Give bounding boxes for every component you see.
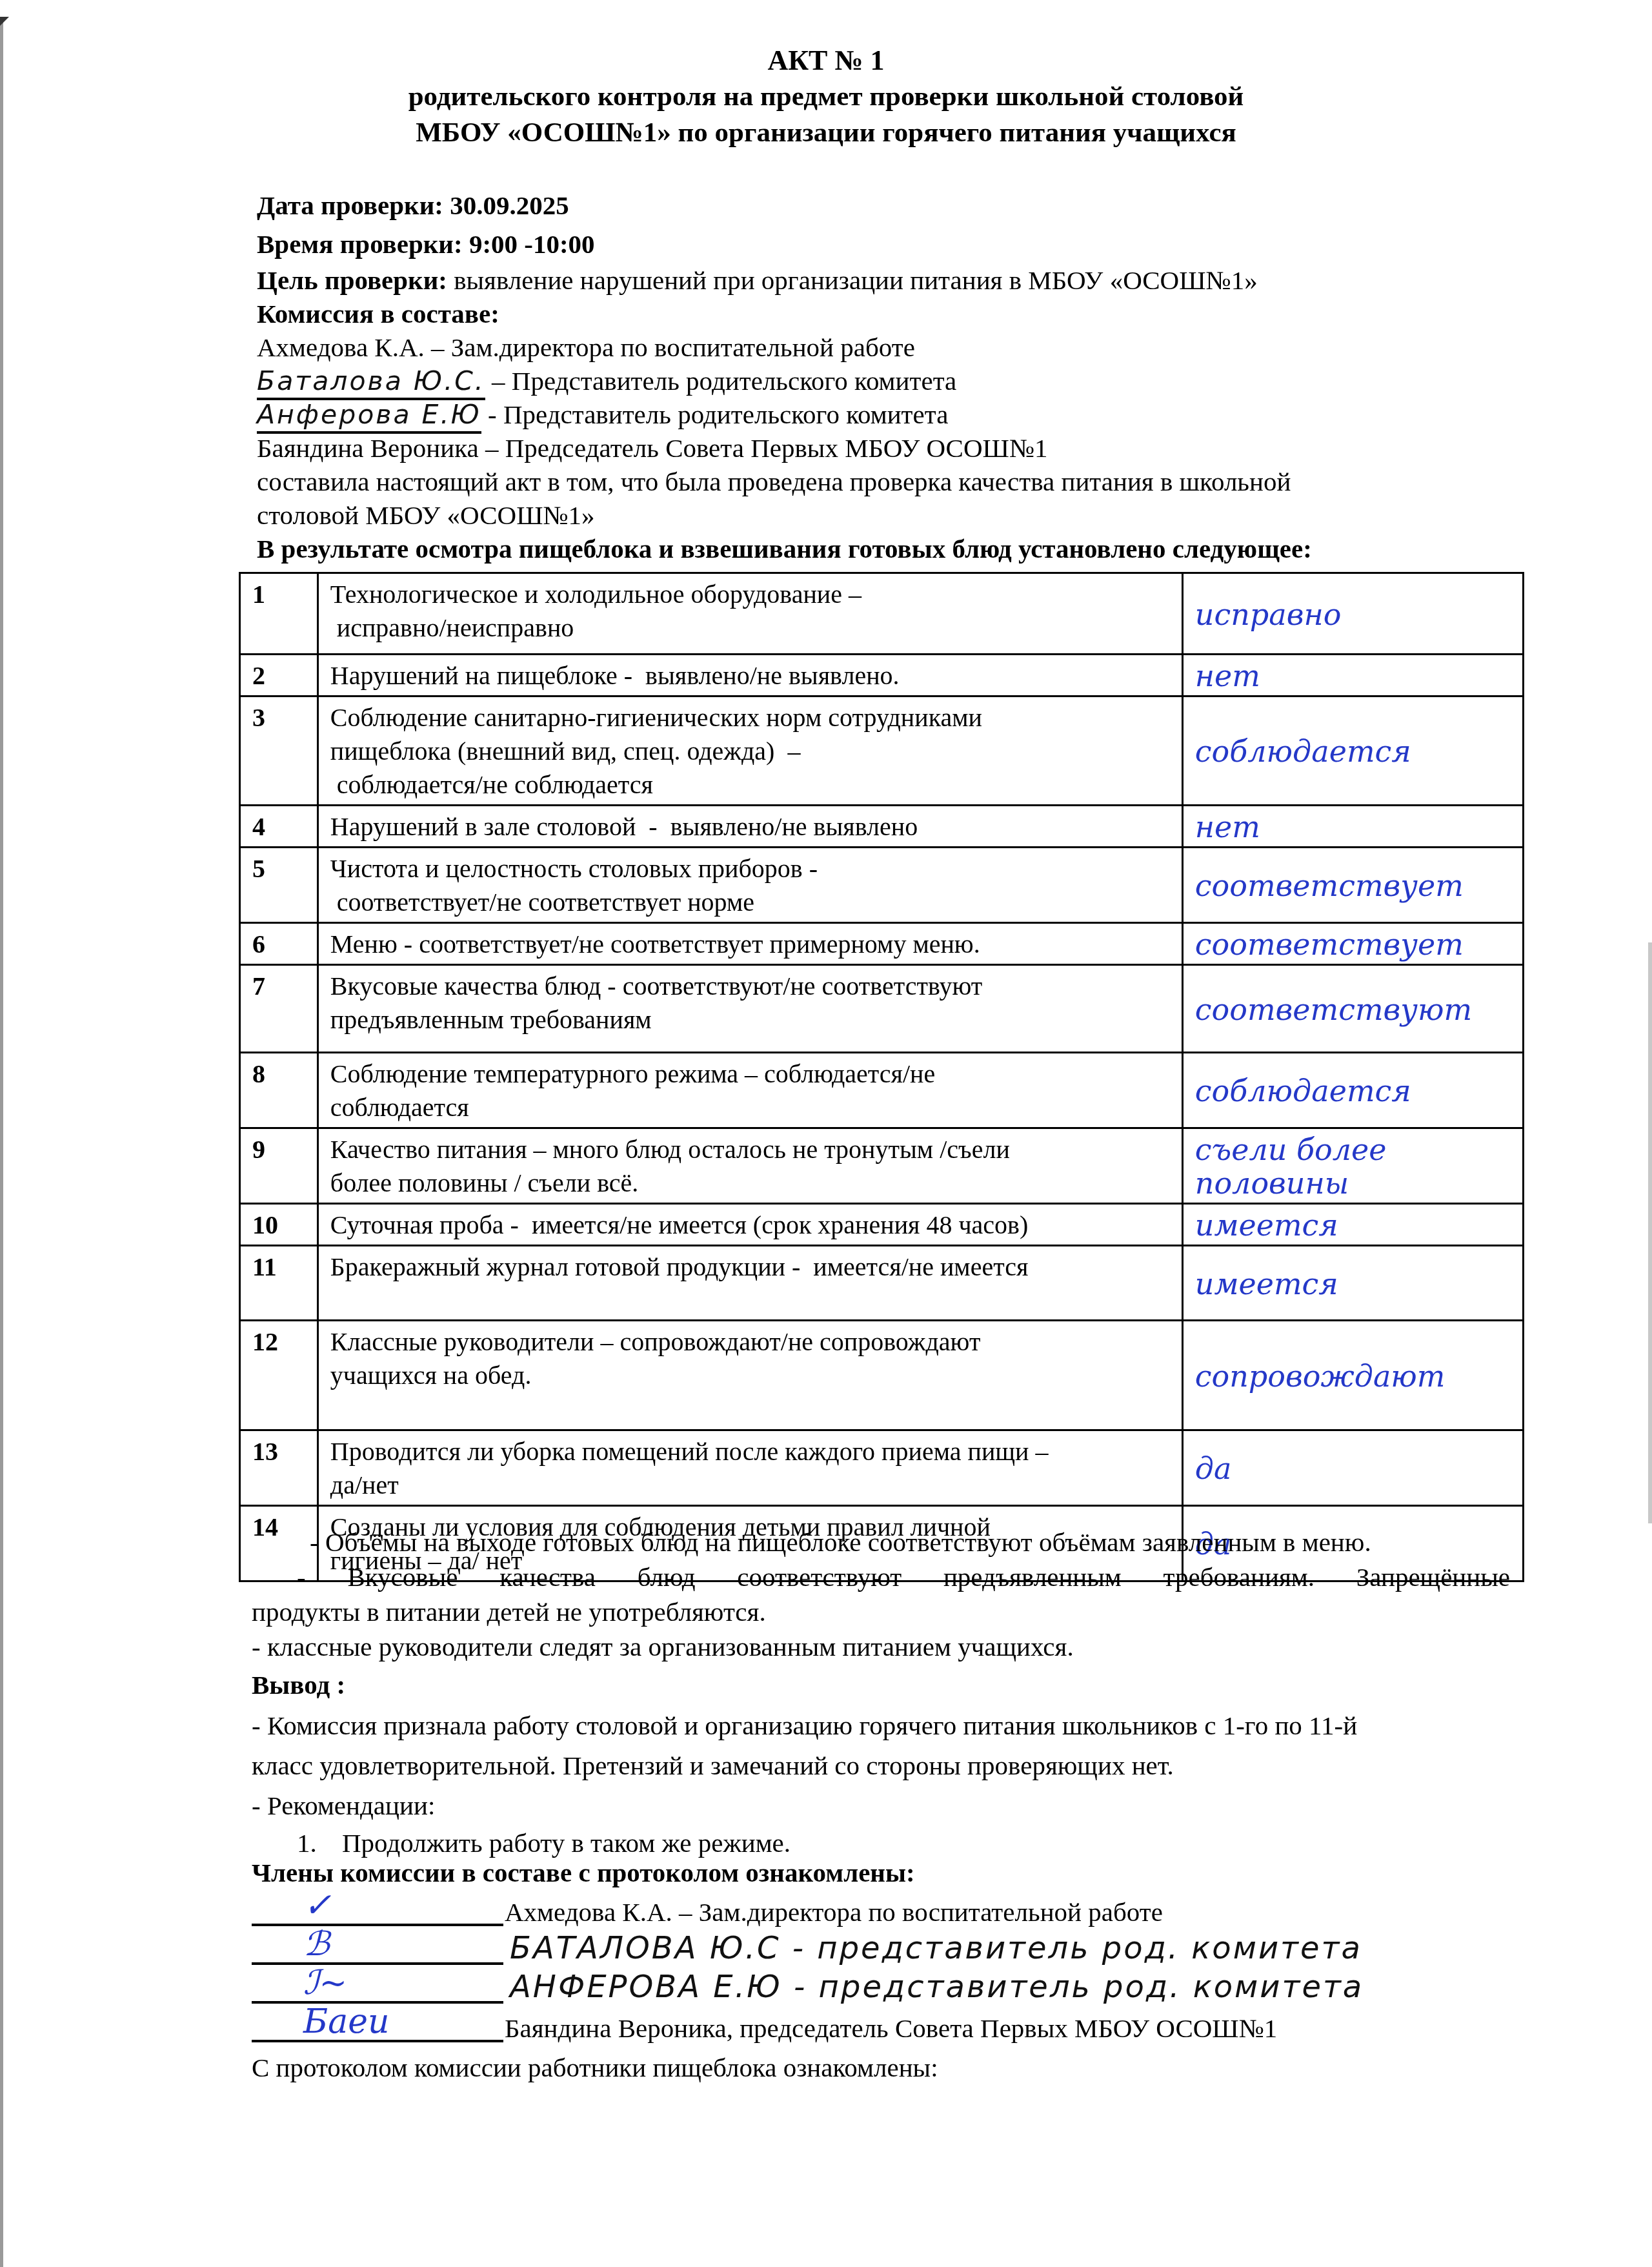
- commission-member: Анферова Е.Ю - Представитель родительско…: [257, 398, 1522, 431]
- row-number: 7: [240, 965, 318, 1053]
- checklist-row: 7Вкусовые качества блюд - соответствуют/…: [240, 965, 1524, 1053]
- criterion-line: пищеблока (внешний вид, спец. одежда) –: [330, 735, 1171, 768]
- handwritten-answer: соответствует: [1182, 848, 1523, 923]
- checklist-row: 5Чистота и целостность столовых приборов…: [240, 848, 1524, 923]
- recommendations-label: - Рекомендации:: [252, 1785, 1510, 1825]
- handwritten-answer: соответствует: [1182, 923, 1523, 965]
- handwritten-answer: исправно: [1182, 573, 1523, 655]
- criterion-line: да/нет: [330, 1469, 1171, 1502]
- signature-line: [252, 1962, 503, 1965]
- criterion-line: Соблюдение санитарно-гигиенических норм …: [330, 701, 1171, 735]
- criterion-text: Классные руководители – сопровождают/не …: [317, 1321, 1182, 1430]
- criterion-line: исправно/неисправно: [330, 611, 1171, 645]
- conclusion-text: класс удовлетворительной. Претензий и за…: [252, 1745, 1510, 1785]
- handwritten-answer: да: [1182, 1430, 1523, 1506]
- criterion-line: учащихся на обед.: [330, 1359, 1171, 1392]
- criterion-line: Бракеражный журнал готовой продукции - и…: [330, 1250, 1171, 1284]
- row-number: 8: [240, 1053, 318, 1128]
- criterion-text: Проводится ли уборка помещений после каж…: [317, 1430, 1182, 1506]
- handwritten-answer: нет: [1182, 655, 1523, 696]
- finding-item: - классные руководители следят за органи…: [252, 1629, 1510, 1664]
- criterion-line: Нарушений в зале столовой - выявлено/не …: [330, 810, 1171, 844]
- signatures-heading: Члены комиссии в составе с протоколом оз…: [252, 1854, 1516, 1891]
- checklist-row: 10Суточная проба - имеется/не имеется (с…: [240, 1204, 1524, 1246]
- statement-line: столовой МБОУ «ОСОШ№1»: [257, 498, 1522, 532]
- inspection-goal: Цель проверки: выявление нарушений при о…: [257, 263, 1522, 297]
- criterion-line: Суточная проба - имеется/не имеется (сро…: [330, 1208, 1171, 1242]
- staff-acknowledgement: С протоколом комиссии работники пищеблок…: [252, 2046, 1516, 2089]
- signature-mark: ✓: [303, 1886, 332, 1925]
- commission-member: Ахмедова К.А. – Зам.директора по воспита…: [257, 330, 1522, 364]
- criterion-text: Технологическое и холодильное оборудован…: [317, 573, 1182, 655]
- criterion-text: Соблюдение санитарно-гигиенических норм …: [317, 696, 1182, 806]
- criterion-line: соответствует/не соответствует норме: [330, 886, 1171, 919]
- inspection-meta: Дата проверки: 30.09.2025 Время проверки…: [257, 186, 1522, 565]
- row-number: 4: [240, 806, 318, 848]
- criterion-line: предъявленным требованиям: [330, 1003, 1171, 1037]
- scan-page-edge: [0, 18, 3, 2267]
- criterion-text: Меню - соответствует/не соответствует пр…: [317, 923, 1182, 965]
- handwritten-answer: соблюдается: [1182, 696, 1523, 806]
- inspection-checklist-table: 1Технологическое и холодильное оборудова…: [239, 572, 1524, 1582]
- signature-row: ✓ Ахмедова К.А. – Зам.директора по воспи…: [252, 1891, 1516, 1930]
- criterion-line: Вкусовые качества блюд - соответствуют/н…: [330, 970, 1171, 1003]
- handwritten-answer: соответствуют: [1182, 965, 1523, 1053]
- conclusion-heading: Вывод :: [252, 1664, 1510, 1705]
- document-subtitle-1: родительского контроля на предмет провер…: [0, 79, 1652, 115]
- criterion-line: Технологическое и холодильное оборудован…: [330, 578, 1171, 611]
- signatures-section: Члены комиссии в составе с протоколом оз…: [252, 1854, 1516, 2089]
- checklist-row: 9Качество питания – много блюд осталось …: [240, 1128, 1524, 1204]
- row-number: 1: [240, 573, 318, 655]
- handwritten-answer: имеется: [1182, 1204, 1523, 1246]
- row-number: 2: [240, 655, 318, 696]
- criterion-line: соблюдается: [330, 1091, 1171, 1124]
- checklist-row: 3Соблюдение санитарно-гигиенических норм…: [240, 696, 1524, 806]
- conclusion-text: - Комиссия признала работу столовой и ор…: [252, 1705, 1510, 1745]
- criterion-line: Чистота и целостность столовых приборов …: [330, 852, 1171, 886]
- results-heading: В результате осмотра пищеблока и взвешив…: [257, 532, 1522, 565]
- row-number: 3: [240, 696, 318, 806]
- commission-member: Баяндина Вероника – Председатель Совета …: [257, 431, 1522, 465]
- checklist-row: 1Технологическое и холодильное оборудова…: [240, 573, 1524, 655]
- criterion-text: Качество питания – много блюд осталось н…: [317, 1128, 1182, 1204]
- document-subtitle-2: МБОУ «ОСОШ№1» по организации горячего пи…: [0, 115, 1652, 151]
- row-number: 6: [240, 923, 318, 965]
- handwritten-answer: имеется: [1182, 1246, 1523, 1321]
- inspection-time: Время проверки: 9:00 -10:00: [257, 225, 1522, 263]
- criterion-line: Классные руководители – сопровождают/не …: [330, 1325, 1171, 1359]
- handwritten-name: Баталова Ю.С.: [257, 364, 485, 400]
- commission-member: Баталова Ю.С. – Представитель родительск…: [257, 364, 1522, 398]
- signature-row: Бaeu Баяндина Вероника, председатель Сов…: [252, 2008, 1516, 2046]
- row-number: 9: [240, 1128, 318, 1204]
- finding-item-continued: продукты в питании детей не употребляютс…: [252, 1594, 1510, 1629]
- checklist-row: 2Нарушений на пищеблоке - выявлено/не вы…: [240, 655, 1524, 696]
- document-title: АКТ № 1: [0, 43, 1652, 79]
- conclusion-section: Вывод : - Комиссия признала работу столо…: [252, 1664, 1510, 1860]
- row-number: 10: [240, 1204, 318, 1246]
- handwritten-answer: сопровождают: [1182, 1321, 1523, 1430]
- signature-line: [252, 1924, 503, 1926]
- scan-page-corner: [0, 17, 9, 26]
- statement-line: составила настоящий акт в том, что была …: [257, 465, 1522, 498]
- handwritten-answer: соблюдается: [1182, 1053, 1523, 1128]
- handwritten-answer: съели более половины: [1182, 1128, 1523, 1204]
- signature-row: ℬ БАТАЛОВА Ю.С - представитель род. коми…: [252, 1930, 1516, 1969]
- criterion-text: Чистота и целостность столовых приборов …: [317, 848, 1182, 923]
- row-number: 5: [240, 848, 318, 923]
- findings-section: - Объёмы на выходе готовых блюд на пищеб…: [252, 1525, 1510, 1860]
- finding-item: - Объёмы на выходе готовых блюд на пищеб…: [252, 1525, 1510, 1560]
- criterion-line: Нарушений на пищеблоке - выявлено/не выя…: [330, 659, 1171, 693]
- signature-mark: ℐ~: [303, 1964, 347, 2002]
- criterion-line: Соблюдение температурного режима – соблю…: [330, 1057, 1171, 1091]
- criterion-text: Суточная проба - имеется/не имеется (сро…: [317, 1204, 1182, 1246]
- criterion-text: Нарушений на пищеблоке - выявлено/не выя…: [317, 655, 1182, 696]
- commission-label: Комиссия в составе:: [257, 297, 1522, 330]
- checklist-row: 8Соблюдение температурного режима – собл…: [240, 1053, 1524, 1128]
- inspection-date: Дата проверки: 30.09.2025: [257, 186, 1522, 225]
- row-number: 13: [240, 1430, 318, 1506]
- criterion-line: Качество питания – много блюд осталось н…: [330, 1133, 1171, 1166]
- checklist-row: 11Бракеражный журнал готовой продукции -…: [240, 1246, 1524, 1321]
- row-number: 12: [240, 1321, 318, 1430]
- criterion-line: более половины / съели всё.: [330, 1166, 1171, 1200]
- handwritten-name: Анферова Е.Ю: [257, 398, 481, 434]
- signature-mark: ℬ: [303, 1925, 330, 1964]
- document-header: АКТ № 1 родительского контроля на предме…: [0, 43, 1652, 151]
- criterion-text: Соблюдение температурного режима – соблю…: [317, 1053, 1182, 1128]
- checklist-row: 4Нарушений в зале столовой - выявлено/не…: [240, 806, 1524, 848]
- checklist-row: 13Проводится ли уборка помещений после к…: [240, 1430, 1524, 1506]
- criterion-text: Нарушений в зале столовой - выявлено/не …: [317, 806, 1182, 848]
- row-number: 11: [240, 1246, 318, 1321]
- checklist-row: 6Меню - соответствует/не соответствует п…: [240, 923, 1524, 965]
- criterion-text: Бракеражный журнал готовой продукции - и…: [317, 1246, 1182, 1321]
- criterion-line: Проводится ли уборка помещений после каж…: [330, 1435, 1171, 1469]
- signature-mark: Бaeu: [303, 2002, 389, 2041]
- scan-right-edge: [1648, 942, 1652, 1523]
- signature-row: ℐ~ АНФЕРОВА Е.Ю - представитель род. ком…: [252, 1969, 1516, 2008]
- criterion-line: Меню - соответствует/не соответствует пр…: [330, 928, 1171, 961]
- finding-item: - Вкусовые качества блюд соответствуют п…: [252, 1560, 1510, 1594]
- criterion-line: соблюдается/не соблюдается: [330, 768, 1171, 802]
- criterion-text: Вкусовые качества блюд - соответствуют/н…: [317, 965, 1182, 1053]
- checklist-row: 12Классные руководители – сопровождают/н…: [240, 1321, 1524, 1430]
- handwritten-answer: нет: [1182, 806, 1523, 848]
